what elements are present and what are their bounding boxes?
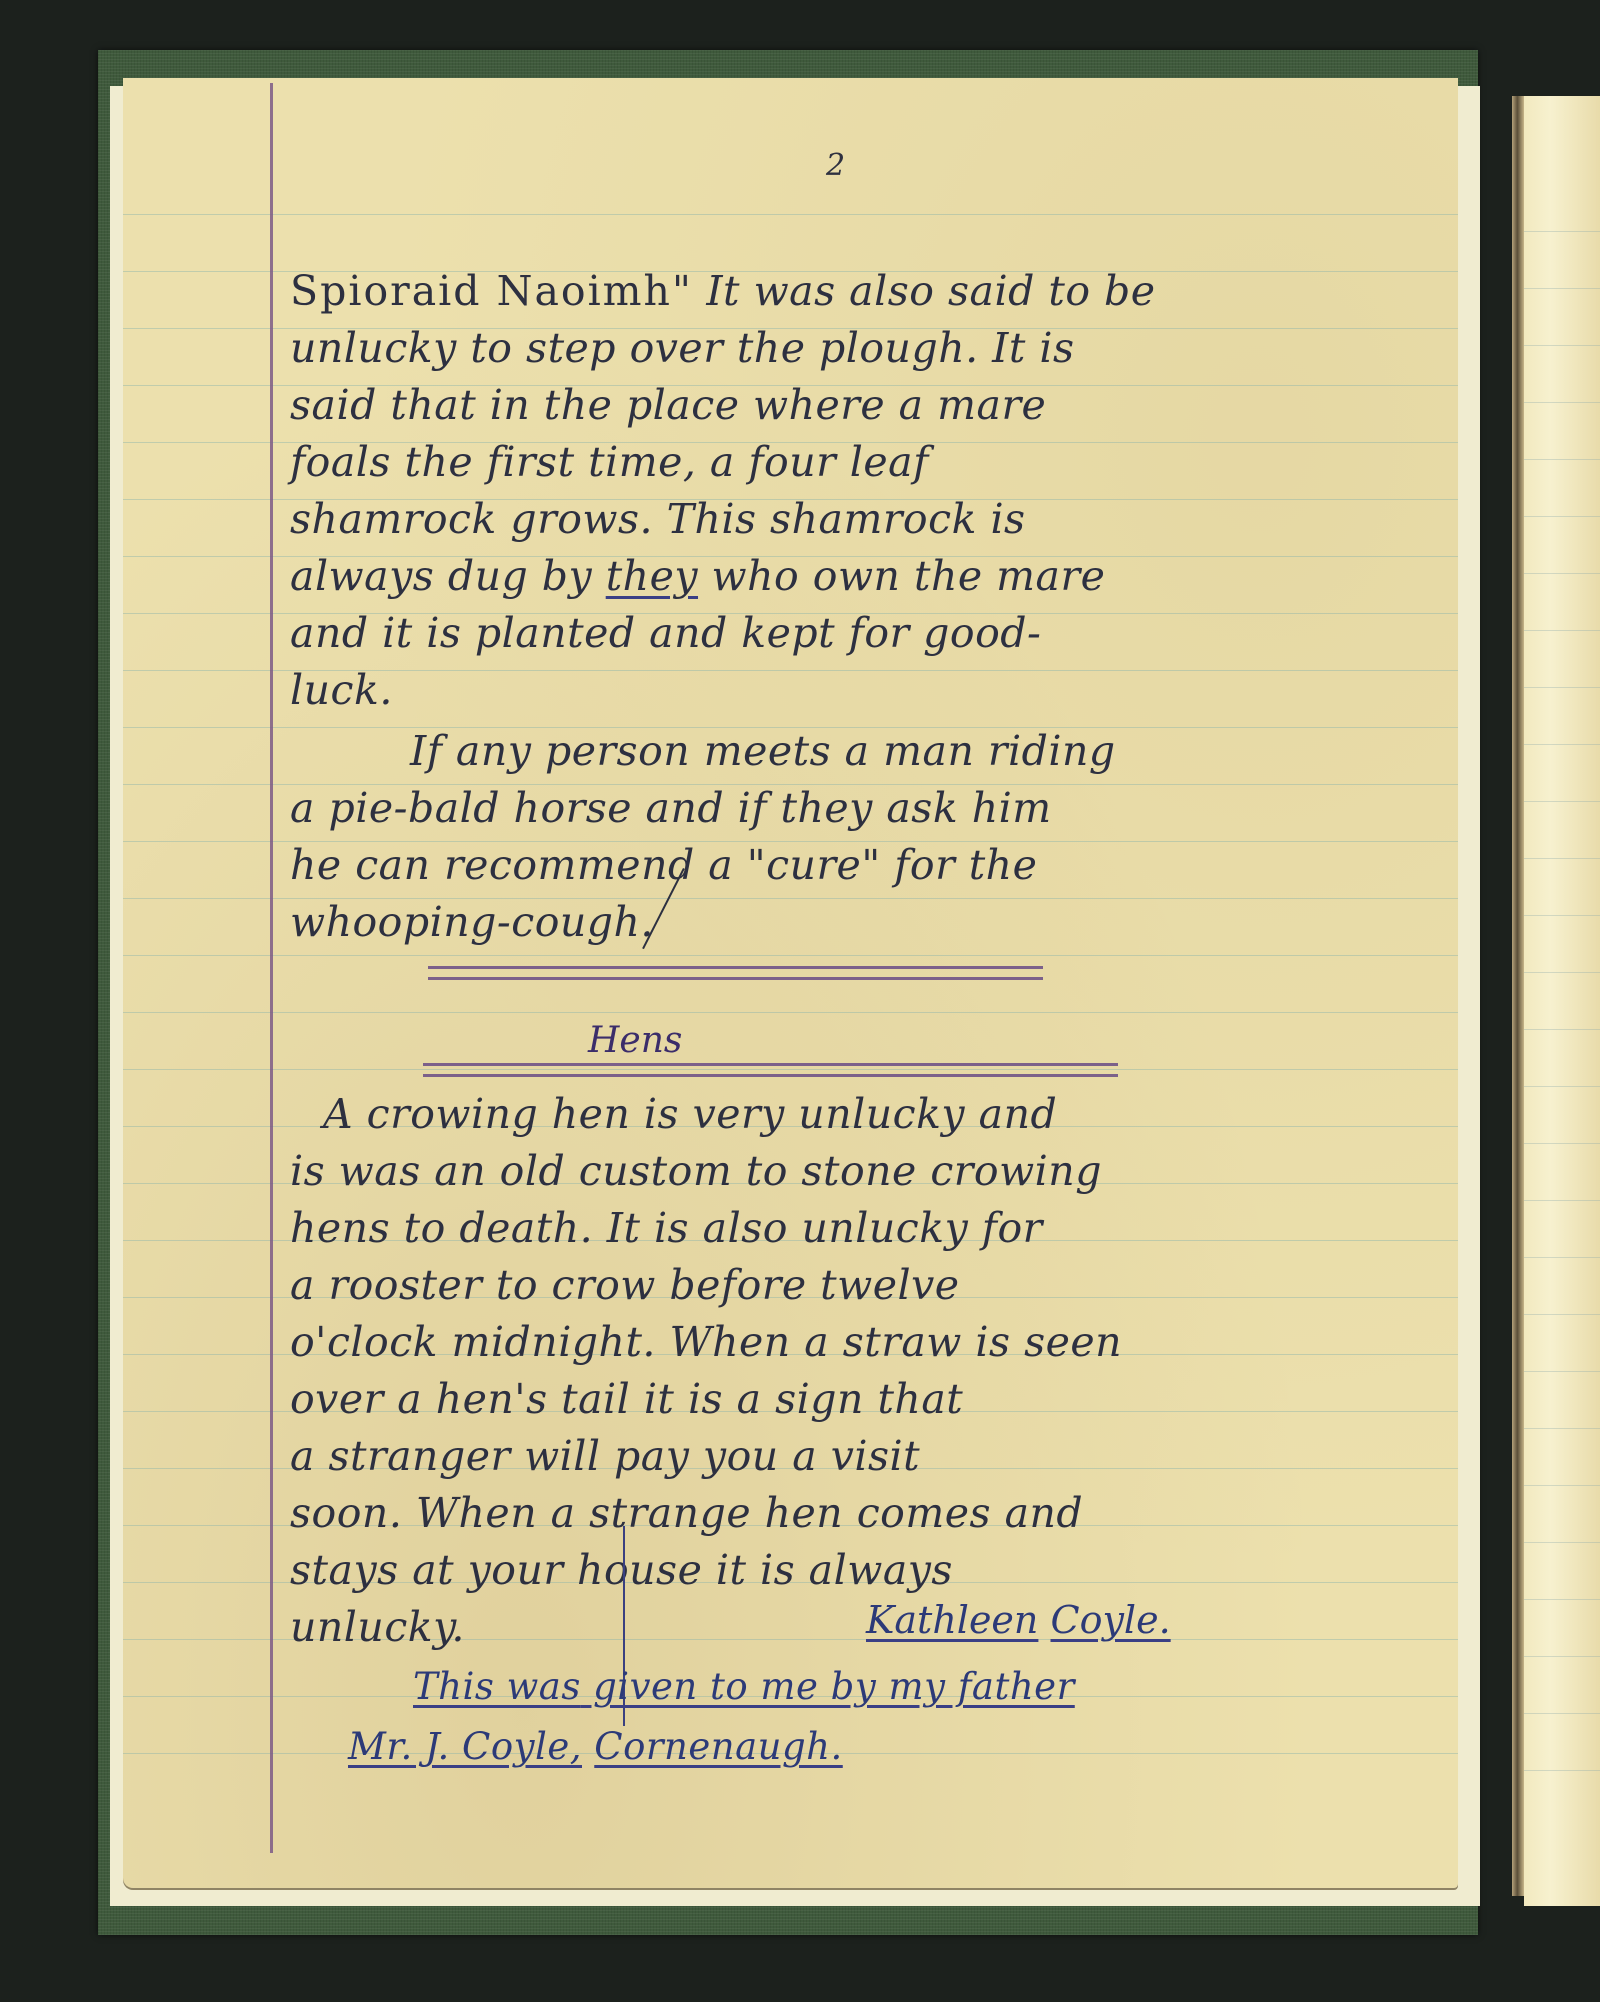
text-line: shamrock grows. This shamrock is (290, 491, 1026, 548)
underlined-word: they (606, 552, 698, 600)
text-line: and it is planted and kept for good- (290, 605, 1041, 662)
signature-first-name: Kathleen (866, 1598, 1038, 1642)
heading-underline (423, 1063, 1118, 1077)
text-line: a rooster to crow before twelve (290, 1257, 960, 1314)
text-line: a stranger will pay you a visit (290, 1428, 920, 1485)
text-line: stays at your house it is always (290, 1542, 953, 1599)
section-divider (428, 966, 1043, 980)
text-line: soon. When a strange hen comes and (290, 1485, 1083, 1542)
informant-place: Cornenaugh. (594, 1725, 843, 1768)
text-line: a pie-bald horse and if they ask him (290, 780, 1052, 837)
text-line: unlucky to step over the plough. It is (290, 320, 1075, 377)
text-line: A crowing hen is very unlucky and (323, 1086, 1057, 1143)
notebook-page: 2 Spioraid Naoimh" It was also said to b… (123, 78, 1458, 1888)
text-line: is was an old custom to stone crowing (290, 1143, 1102, 1200)
text-line: hens to death. It is also unlucky for (290, 1200, 1043, 1257)
signature: Kathleen Coyle. (866, 1598, 1171, 1642)
attribution-line: This was given to me by my father (413, 1658, 1075, 1715)
irish-phrase: Spioraid Naoimh" (290, 267, 693, 315)
text-line: o'clock midnight. When a straw is seen (290, 1314, 1122, 1371)
text-line: over a hen's tail it is a sign that (290, 1371, 963, 1428)
margin-line (270, 83, 273, 1853)
text-line: If any person meets a man riding (410, 723, 1116, 780)
text-line: unlucky. (290, 1599, 465, 1656)
facing-page-edge (1524, 96, 1600, 1906)
page-number: 2 (826, 148, 845, 183)
signature-last-name: Coyle. (1051, 1598, 1171, 1642)
section-heading: Hens (588, 1020, 682, 1061)
informant-name: Mr. J. Coyle, (348, 1725, 582, 1768)
attribution-line: Mr. J. Coyle, Cornenaugh. (348, 1718, 843, 1775)
text-line: he can recommend a "cure" for the (290, 837, 1037, 894)
text-line: always dug by they who own the mare (290, 548, 1105, 605)
text-line: Spioraid Naoimh" It was also said to be (290, 263, 1156, 320)
text-line: luck. (290, 662, 393, 719)
text-line: said that in the place where a mare (290, 377, 1046, 434)
page-gutter (1512, 96, 1524, 1896)
text-line: whooping-cough. (290, 894, 654, 951)
text-line: foals the first time, a four leaf (290, 434, 929, 491)
